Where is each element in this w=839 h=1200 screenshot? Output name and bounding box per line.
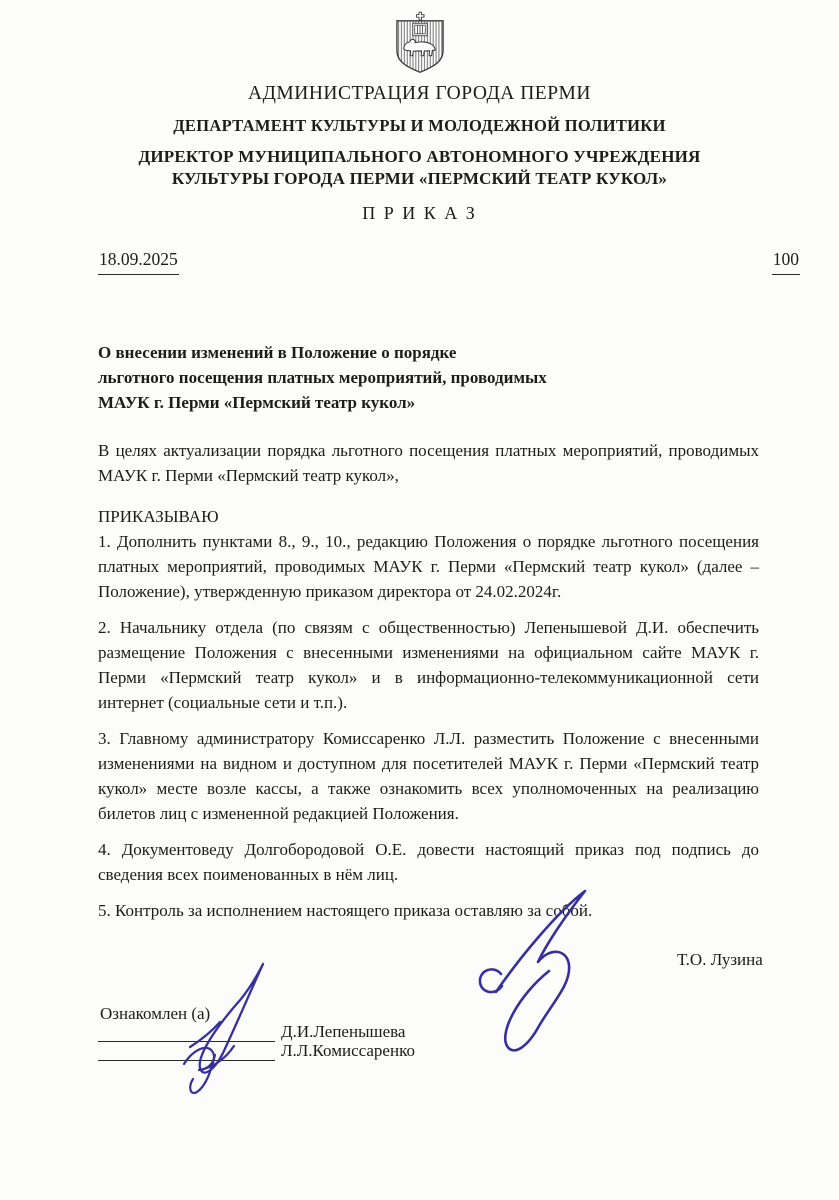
document-body: О внесении изменений в Положение о поряд…	[98, 340, 759, 923]
acknowledged-name-1: Д.И.Лепенышева	[281, 1022, 405, 1042]
subject-line-3: МАУК г. Перми «Пермский театр кукол»	[98, 390, 759, 415]
order-item-2: 2. Начальнику отдела (по связям с общест…	[98, 615, 759, 715]
order-item-5: 5. Контроль за исполнением настоящего пр…	[98, 898, 759, 923]
org-name: АДМИНИСТРАЦИЯ ГОРОДА ПЕРМИ	[0, 83, 839, 105]
order-item-4: 4. Документоведу Долгобородовой О.Е. дов…	[98, 837, 759, 887]
document-date: 18.09.2025	[98, 249, 179, 275]
signature-line-2	[98, 1046, 275, 1061]
document-number: 100	[772, 249, 800, 275]
order-word: ПРИКАЗЫВАЮ	[98, 504, 759, 529]
preamble-paragraph: В целях актуализации порядка льготного п…	[98, 438, 759, 488]
acknowledged-name-2: Л.Л.Комиссаренко	[281, 1041, 415, 1061]
signature-line-1	[98, 1027, 275, 1042]
issuer-line-2: КУЛЬТУРЫ ГОРОДА ПЕРМИ «ПЕРМСКИЙ ТЕАТР КУ…	[0, 168, 839, 190]
order-item-1: 1. Дополнить пунктами 8., 9., 10., редак…	[98, 529, 759, 604]
document-type-title: П Р И К А З	[0, 203, 839, 224]
scanned-order-document: АДМИНИСТРАЦИЯ ГОРОДА ПЕРМИ ДЕПАРТАМЕНТ К…	[0, 0, 839, 1200]
order-item-3: 3. Главному администратору Комиссаренко …	[98, 726, 759, 826]
date-number-row: 18.09.2025 100	[98, 249, 800, 275]
perm-coat-of-arms-icon	[395, 10, 445, 74]
department-name: ДЕПАРТАМЕНТ КУЛЬТУРЫ И МОЛОДЕЖНОЙ ПОЛИТИ…	[0, 116, 839, 136]
subject-line-2: льготного посещения платных мероприятий,…	[98, 365, 759, 390]
issuer-line-1: ДИРЕКТОР МУНИЦИПАЛЬНОГО АВТОНОМНОГО УЧРЕ…	[0, 146, 839, 168]
letterhead: АДМИНИСТРАЦИЯ ГОРОДА ПЕРМИ ДЕПАРТАМЕНТ К…	[0, 10, 839, 224]
issuer-name: ДИРЕКТОР МУНИЦИПАЛЬНОГО АВТОНОМНОГО УЧРЕ…	[0, 146, 839, 190]
subject-line-1: О внесении изменений в Положение о поряд…	[98, 340, 759, 365]
subject-block: О внесении изменений в Положение о поряд…	[98, 340, 759, 415]
director-name: Т.О. Лузина	[677, 950, 763, 970]
acknowledged-label: Ознакомлен (а)	[100, 1004, 210, 1024]
